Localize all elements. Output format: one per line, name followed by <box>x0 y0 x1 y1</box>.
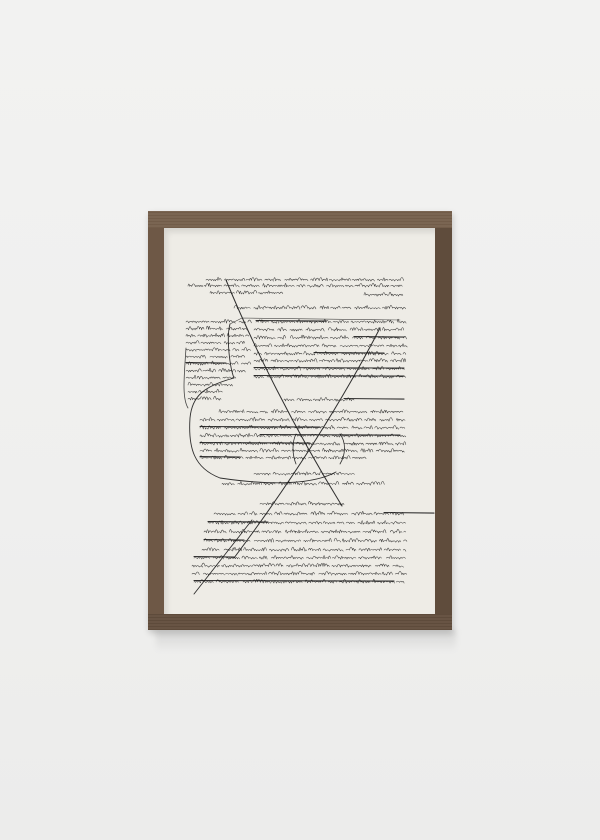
handwriting-strokes <box>164 228 435 614</box>
frame-left-rail <box>148 228 164 614</box>
frame-shadow <box>156 630 456 652</box>
manuscript-page: Littérature + la liberté (corrige ici de… <box>164 228 435 614</box>
frame-top-rail <box>148 211 452 228</box>
frame-bottom-rail <box>148 614 452 630</box>
frame-right-rail <box>435 228 452 614</box>
